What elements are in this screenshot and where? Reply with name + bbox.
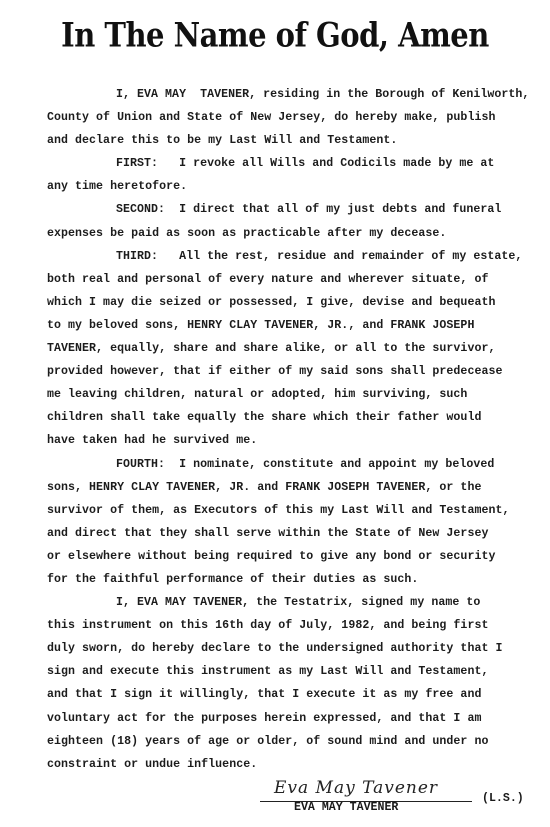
paragraph-fourth-line: and direct that they shall serve within … bbox=[47, 522, 547, 545]
paragraph-fourth-line: FOURTH: I nominate, constitute and appoi… bbox=[47, 453, 547, 476]
document-title: In The Name of God, Amen bbox=[0, 15, 550, 54]
paragraph-third-line: me leaving children, natural or adopted,… bbox=[47, 383, 547, 406]
paragraph-intro-line: County of Union and State of New Jersey,… bbox=[47, 106, 547, 129]
paragraph-third-line: to my beloved sons, HENRY CLAY TAVENER, … bbox=[47, 314, 547, 337]
paragraph-attestation-line: and that I sign it willingly, that I exe… bbox=[47, 683, 547, 706]
will-body: I, EVA MAY TAVENER, residing in the Boro… bbox=[47, 83, 547, 776]
signature-block: Eva May Tavener (L.S.) EVA MAY TAVENER bbox=[260, 784, 550, 824]
paragraph-third-line: have taken had he survived me. bbox=[47, 429, 547, 452]
paragraph-intro-line: and declare this to be my Last Will and … bbox=[47, 129, 547, 152]
printed-signer-name: EVA MAY TAVENER bbox=[294, 801, 398, 814]
paragraph-attestation-line: this instrument on this 16th day of July… bbox=[47, 614, 547, 637]
paragraph-fourth-line: survivor of them, as Executors of this m… bbox=[47, 499, 547, 522]
paragraph-attestation-line: voluntary act for the purposes herein ex… bbox=[47, 707, 547, 730]
paragraph-third-line: which I may die seized or possessed, I g… bbox=[47, 291, 547, 314]
paragraph-third-line: TAVENER, equally, share and share alike,… bbox=[47, 337, 547, 360]
paragraph-third-line: provided however, that if either of my s… bbox=[47, 360, 547, 383]
handwritten-signature: Eva May Tavener bbox=[274, 778, 438, 798]
paragraph-attestation-line: I, EVA MAY TAVENER, the Testatrix, signe… bbox=[47, 591, 547, 614]
paragraph-third-line: children shall take equally the share wh… bbox=[47, 406, 547, 429]
seal-label: (L.S.) bbox=[482, 792, 524, 805]
paragraph-first-line: FIRST: I revoke all Wills and Codicils m… bbox=[47, 152, 547, 175]
paragraph-third-line: THIRD: All the rest, residue and remaind… bbox=[47, 245, 547, 268]
paragraph-attestation-line: duly sworn, do hereby declare to the und… bbox=[47, 637, 547, 660]
paragraph-third-line: both real and personal of every nature a… bbox=[47, 268, 547, 291]
paragraph-fourth-line: sons, HENRY CLAY TAVENER, JR. and FRANK … bbox=[47, 476, 547, 499]
paragraph-attestation-line: sign and execute this instrument as my L… bbox=[47, 660, 547, 683]
paragraph-fourth-line: for the faithful performance of their du… bbox=[47, 568, 547, 591]
paragraph-second-line: SECOND: I direct that all of my just deb… bbox=[47, 198, 547, 221]
paragraph-first-line: any time heretofore. bbox=[47, 175, 547, 198]
paragraph-fourth-line: or elsewhere without being required to g… bbox=[47, 545, 547, 568]
paragraph-second-line: expenses be paid as soon as practicable … bbox=[47, 222, 547, 245]
paragraph-attestation-line: eighteen (18) years of age or older, of … bbox=[47, 730, 547, 753]
paragraph-intro-line: I, EVA MAY TAVENER, residing in the Boro… bbox=[47, 83, 547, 106]
paragraph-attestation-line: constraint or undue influence. bbox=[47, 753, 547, 776]
